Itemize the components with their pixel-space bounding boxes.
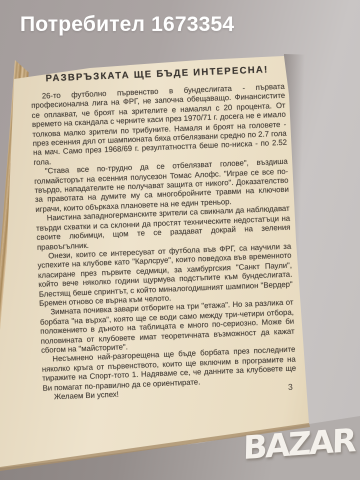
listing-photo[interactable]: РАЗВРЪЗКАТА ЩЕ БЪДЕ ИНТЕРЕСНА! 26-то фут… xyxy=(0,0,360,480)
page-paragraph: Онези, които се интересуват от футбола в… xyxy=(37,242,293,309)
seller-username[interactable]: Потребител 1673354 xyxy=(20,13,234,37)
bazar-watermark-logo: BAZAR xyxy=(243,421,355,467)
book-page-text: РАЗВРЪЗКАТА ЩЕ БЪДЕ ИНТЕРЕСНА! 26-то фут… xyxy=(30,64,297,402)
page-paragraphs: 26-то футболно първенство в бундеслигата… xyxy=(31,82,297,393)
page-number: 3 xyxy=(288,382,293,392)
page-paragraph: 26-то футболно първенство в бундеслигата… xyxy=(31,82,288,167)
